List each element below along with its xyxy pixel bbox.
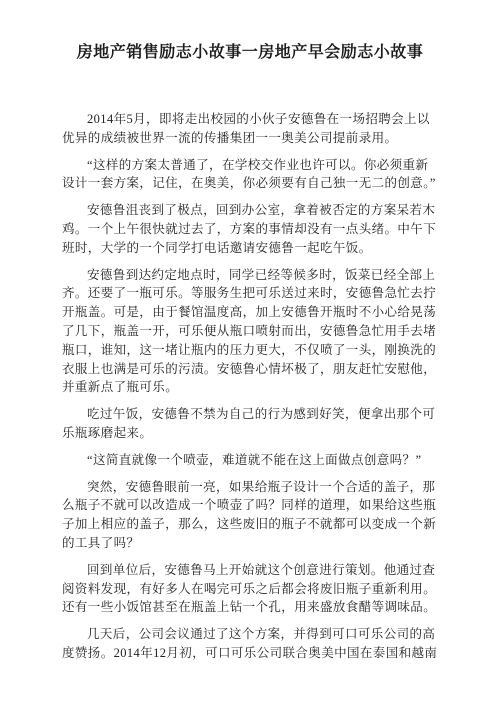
document-body: 2014年5月，即将走出校园的小伙子安德鲁在一场招聘会上以优异的成绩被世界一流的… — [62, 110, 438, 663]
paragraph-7: 突然，安德鲁眼前一亮，如果给瓶子设计一个合适的盖子，那么瓶子不就可以改造成一个喷… — [62, 478, 438, 553]
paragraph-4: 安德鲁到达约定地点时，同学已经等候多时，饭菜已经全部上齐。还要了一瓶可乐。等服务… — [62, 266, 438, 398]
paragraph-5: 吃过午饭，安德鲁不禁为自己的行为感到好笑，便拿出那个可乐瓶琢磨起来。 — [62, 405, 438, 443]
document-page: 房地产销售励志小故事一房地产早会励志小故事 2014年5月，即将走出校园的小伙子… — [0, 0, 500, 707]
paragraph-9: 几天后，公司会议通过了这个方案，并得到可口可乐公司的高度赞扬。2014年12月初… — [62, 625, 438, 663]
paragraph-8: 回到单位后，安德鲁马上开始就这个创意进行策划。他通过查阅资料发现，有好多人在喝完… — [62, 561, 438, 617]
paragraph-6: “这简直就像一个喷壶，难道就不能在这上面做点创意吗？” — [62, 451, 438, 470]
paragraph-3: 安德鲁沮丧到了极点，回到办公室，拿着被否定的方案呆若木鸡。一个上午很快就过去了，… — [62, 201, 438, 257]
document-title: 房地产销售励志小故事一房地产早会励志小故事 — [0, 0, 500, 64]
paragraph-2: “这样的方案太普通了，在学校交作业也许可以。你必须重新设计一套方案，记住，在奥美… — [62, 156, 438, 194]
paragraph-1: 2014年5月，即将走出校园的小伙子安德鲁在一场招聘会上以优异的成绩被世界一流的… — [62, 110, 438, 148]
